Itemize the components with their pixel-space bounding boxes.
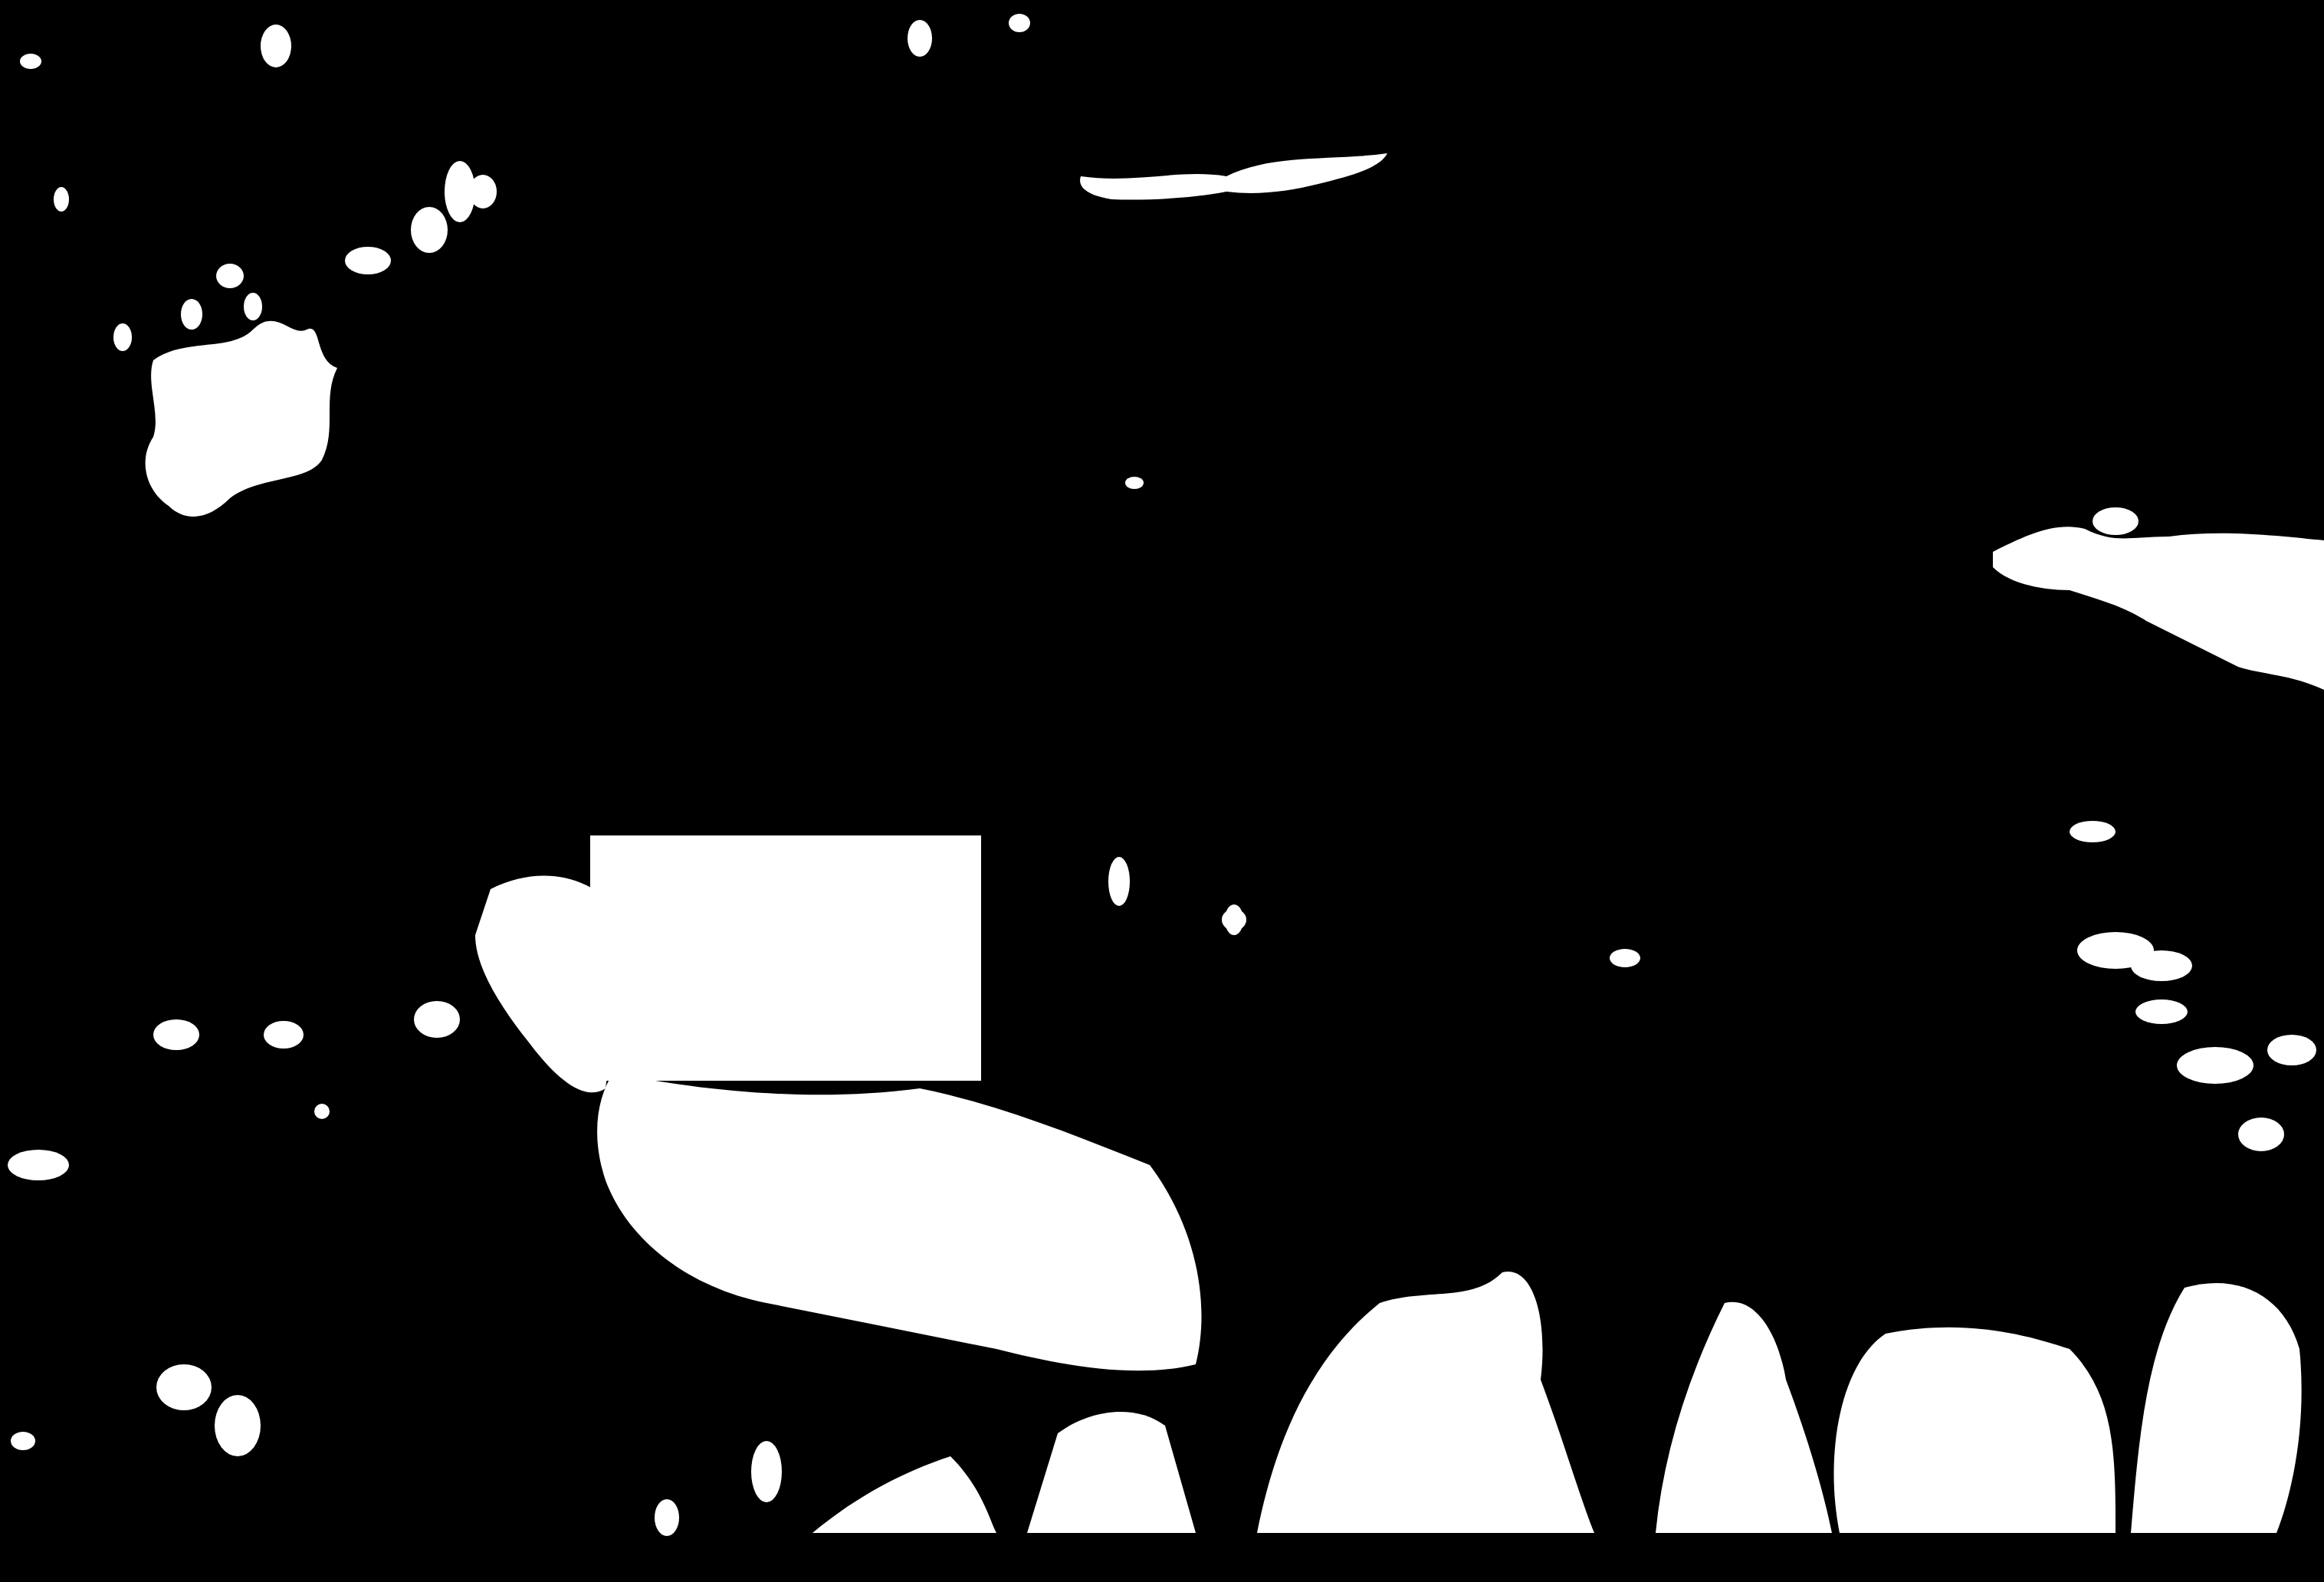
- mask-bottom-border: [0, 1536, 2324, 1582]
- segmentation-mask-canvas: [0, 0, 2324, 1582]
